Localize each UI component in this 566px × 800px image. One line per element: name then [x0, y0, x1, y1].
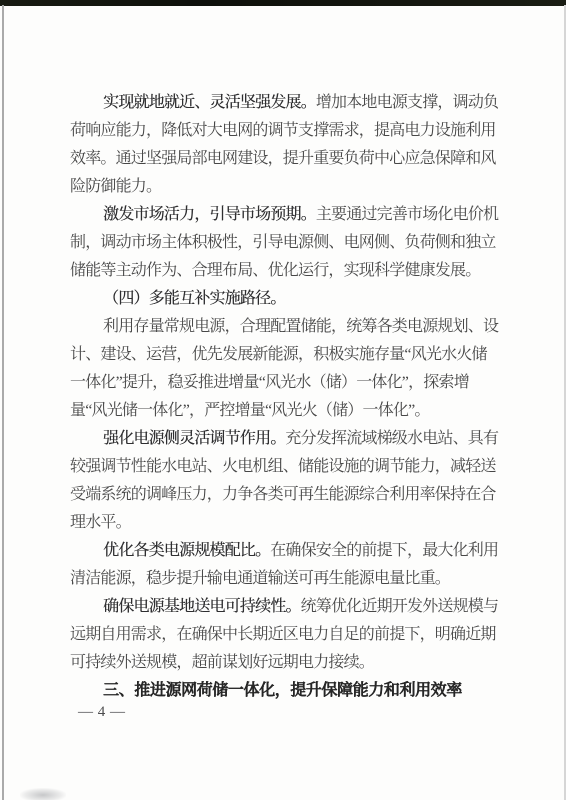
- body-text: 计、建设、运营，优先发展新能源，积极实施存量“风光水火储: [70, 346, 487, 363]
- body-text: 荷响应能力，降低对大电网的调节支撑需求，提高电力设施利用: [70, 122, 496, 139]
- body-text: 一体化”提升，稳妥推进增量“风光水（储）一体化”，探索增: [70, 374, 469, 391]
- lead-phrase: 实现就地就近、灵活坚强发展。: [103, 94, 316, 111]
- body-text: 统筹优化近期开发外送规模与: [301, 598, 499, 615]
- scan-left-edge-line: [2, 5, 4, 800]
- text-line: 储能等主动作为、合理布局、优化运行，实现科学健康发展。: [70, 257, 498, 285]
- document-body: 实现就地就近、灵活坚强发展。增加本地电源支撑，调动负荷响应能力，降低对大电网的调…: [70, 89, 498, 705]
- text-line: 量“风光储一体化”，严控增量“风光火（储）一体化”。: [70, 397, 498, 425]
- text-line: 清洁能源，稳步提升输电通道输送可再生能源电量比重。: [70, 565, 498, 593]
- body-text: 较强调节性能水电站、火电机组、储能设施的调节能力，减轻送: [70, 458, 496, 475]
- lead-phrase: （四）多能互补实施路径。: [103, 290, 285, 307]
- body-text: 理水平。: [70, 514, 131, 531]
- text-line: 一体化”提升，稳妥推进增量“风光水（储）一体化”，探索增: [70, 369, 498, 397]
- lead-phrase: 优化各类电源规模配比。: [103, 542, 270, 559]
- body-text: 在确保安全的前提下，最大化利用: [270, 542, 498, 559]
- text-line: 实现就地就近、灵活坚强发展。增加本地电源支撑，调动负: [70, 89, 498, 117]
- text-line: 计、建设、运营，优先发展新能源，积极实施存量“风光水火储: [70, 341, 498, 369]
- text-line: 险防御能力。: [70, 173, 498, 201]
- text-line: 理水平。: [70, 509, 498, 537]
- body-text: 主要通过完善市场化电价机: [316, 206, 498, 223]
- body-text: 受端系统的调峰压力，力争各类可再生能源综合利用率保持在合: [70, 486, 496, 503]
- body-text: 清洁能源，稳步提升输电通道输送可再生能源电量比重。: [70, 570, 450, 587]
- text-line: 强化电源侧灵活调节作用。充分发挥流域梯级水电站、具有: [70, 425, 498, 453]
- scan-top-edge: [0, 0, 566, 6]
- scan-smudge: [20, 788, 66, 800]
- section-heading: 三、推进源网荷储一体化，提升保障能力和利用效率: [70, 677, 498, 705]
- lead-phrase: 激发市场活力，引导市场预期。: [103, 206, 316, 223]
- body-text: 储能等主动作为、合理布局、优化运行，实现科学健康发展。: [70, 262, 480, 279]
- text-line: （四）多能互补实施路径。: [70, 285, 498, 313]
- text-line: 利用存量常规电源，合理配置储能，统筹各类电源规划、设: [70, 313, 498, 341]
- body-text: 利用存量常规电源，合理配置储能，统筹各类电源规划、设: [103, 318, 498, 335]
- text-line: 激发市场活力，引导市场预期。主要通过完善市场化电价机: [70, 201, 498, 229]
- lead-phrase: 确保电源基地送电可持续性。: [103, 598, 301, 615]
- text-line: 较强调节性能水电站、火电机组、储能设施的调节能力，减轻送: [70, 453, 498, 481]
- text-line: 受端系统的调峰压力，力争各类可再生能源综合利用率保持在合: [70, 481, 498, 509]
- text-line: 确保电源基地送电可持续性。统筹优化近期开发外送规模与: [70, 593, 498, 621]
- body-text: 三、推进源网荷储一体化，提升保障能力和利用效率: [103, 682, 462, 699]
- text-line: 远期自用需求，在确保中长期近区电力自足的前提下，明确近期: [70, 621, 498, 649]
- body-text: 量“风光储一体化”，严控增量“风光火（储）一体化”。: [70, 402, 430, 419]
- text-line: 荷响应能力，降低对大电网的调节支撑需求，提高电力设施利用: [70, 117, 498, 145]
- scanned-document-page: 实现就地就近、灵活坚强发展。增加本地电源支撑，调动负荷响应能力，降低对大电网的调…: [0, 0, 566, 800]
- page-number: — 4 —: [78, 698, 126, 726]
- text-line: 效率。通过坚强局部电网建设，提升重要负荷中心应急保障和风: [70, 145, 498, 173]
- text-line: 可持续外送规模，超前谋划好远期电力接续。: [70, 649, 498, 677]
- body-text: 可持续外送规模，超前谋划好远期电力接续。: [70, 654, 374, 671]
- text-line: 优化各类电源规模配比。在确保安全的前提下，最大化利用: [70, 537, 498, 565]
- body-text: 充分发挥流域梯级水电站、具有: [285, 430, 498, 447]
- body-text: 险防御能力。: [70, 178, 161, 195]
- lead-phrase: 强化电源侧灵活调节作用。: [103, 430, 285, 447]
- body-text: 增加本地电源支撑，调动负: [316, 94, 498, 111]
- body-text: 制，调动市场主体积极性，引导电源侧、电网侧、负荷侧和独立: [70, 234, 496, 251]
- text-line: 制，调动市场主体积极性，引导电源侧、电网侧、负荷侧和独立: [70, 229, 498, 257]
- body-text: 远期自用需求，在确保中长期近区电力自足的前提下，明确近期: [70, 626, 496, 643]
- body-text: 效率。通过坚强局部电网建设，提升重要负荷中心应急保障和风: [70, 150, 496, 167]
